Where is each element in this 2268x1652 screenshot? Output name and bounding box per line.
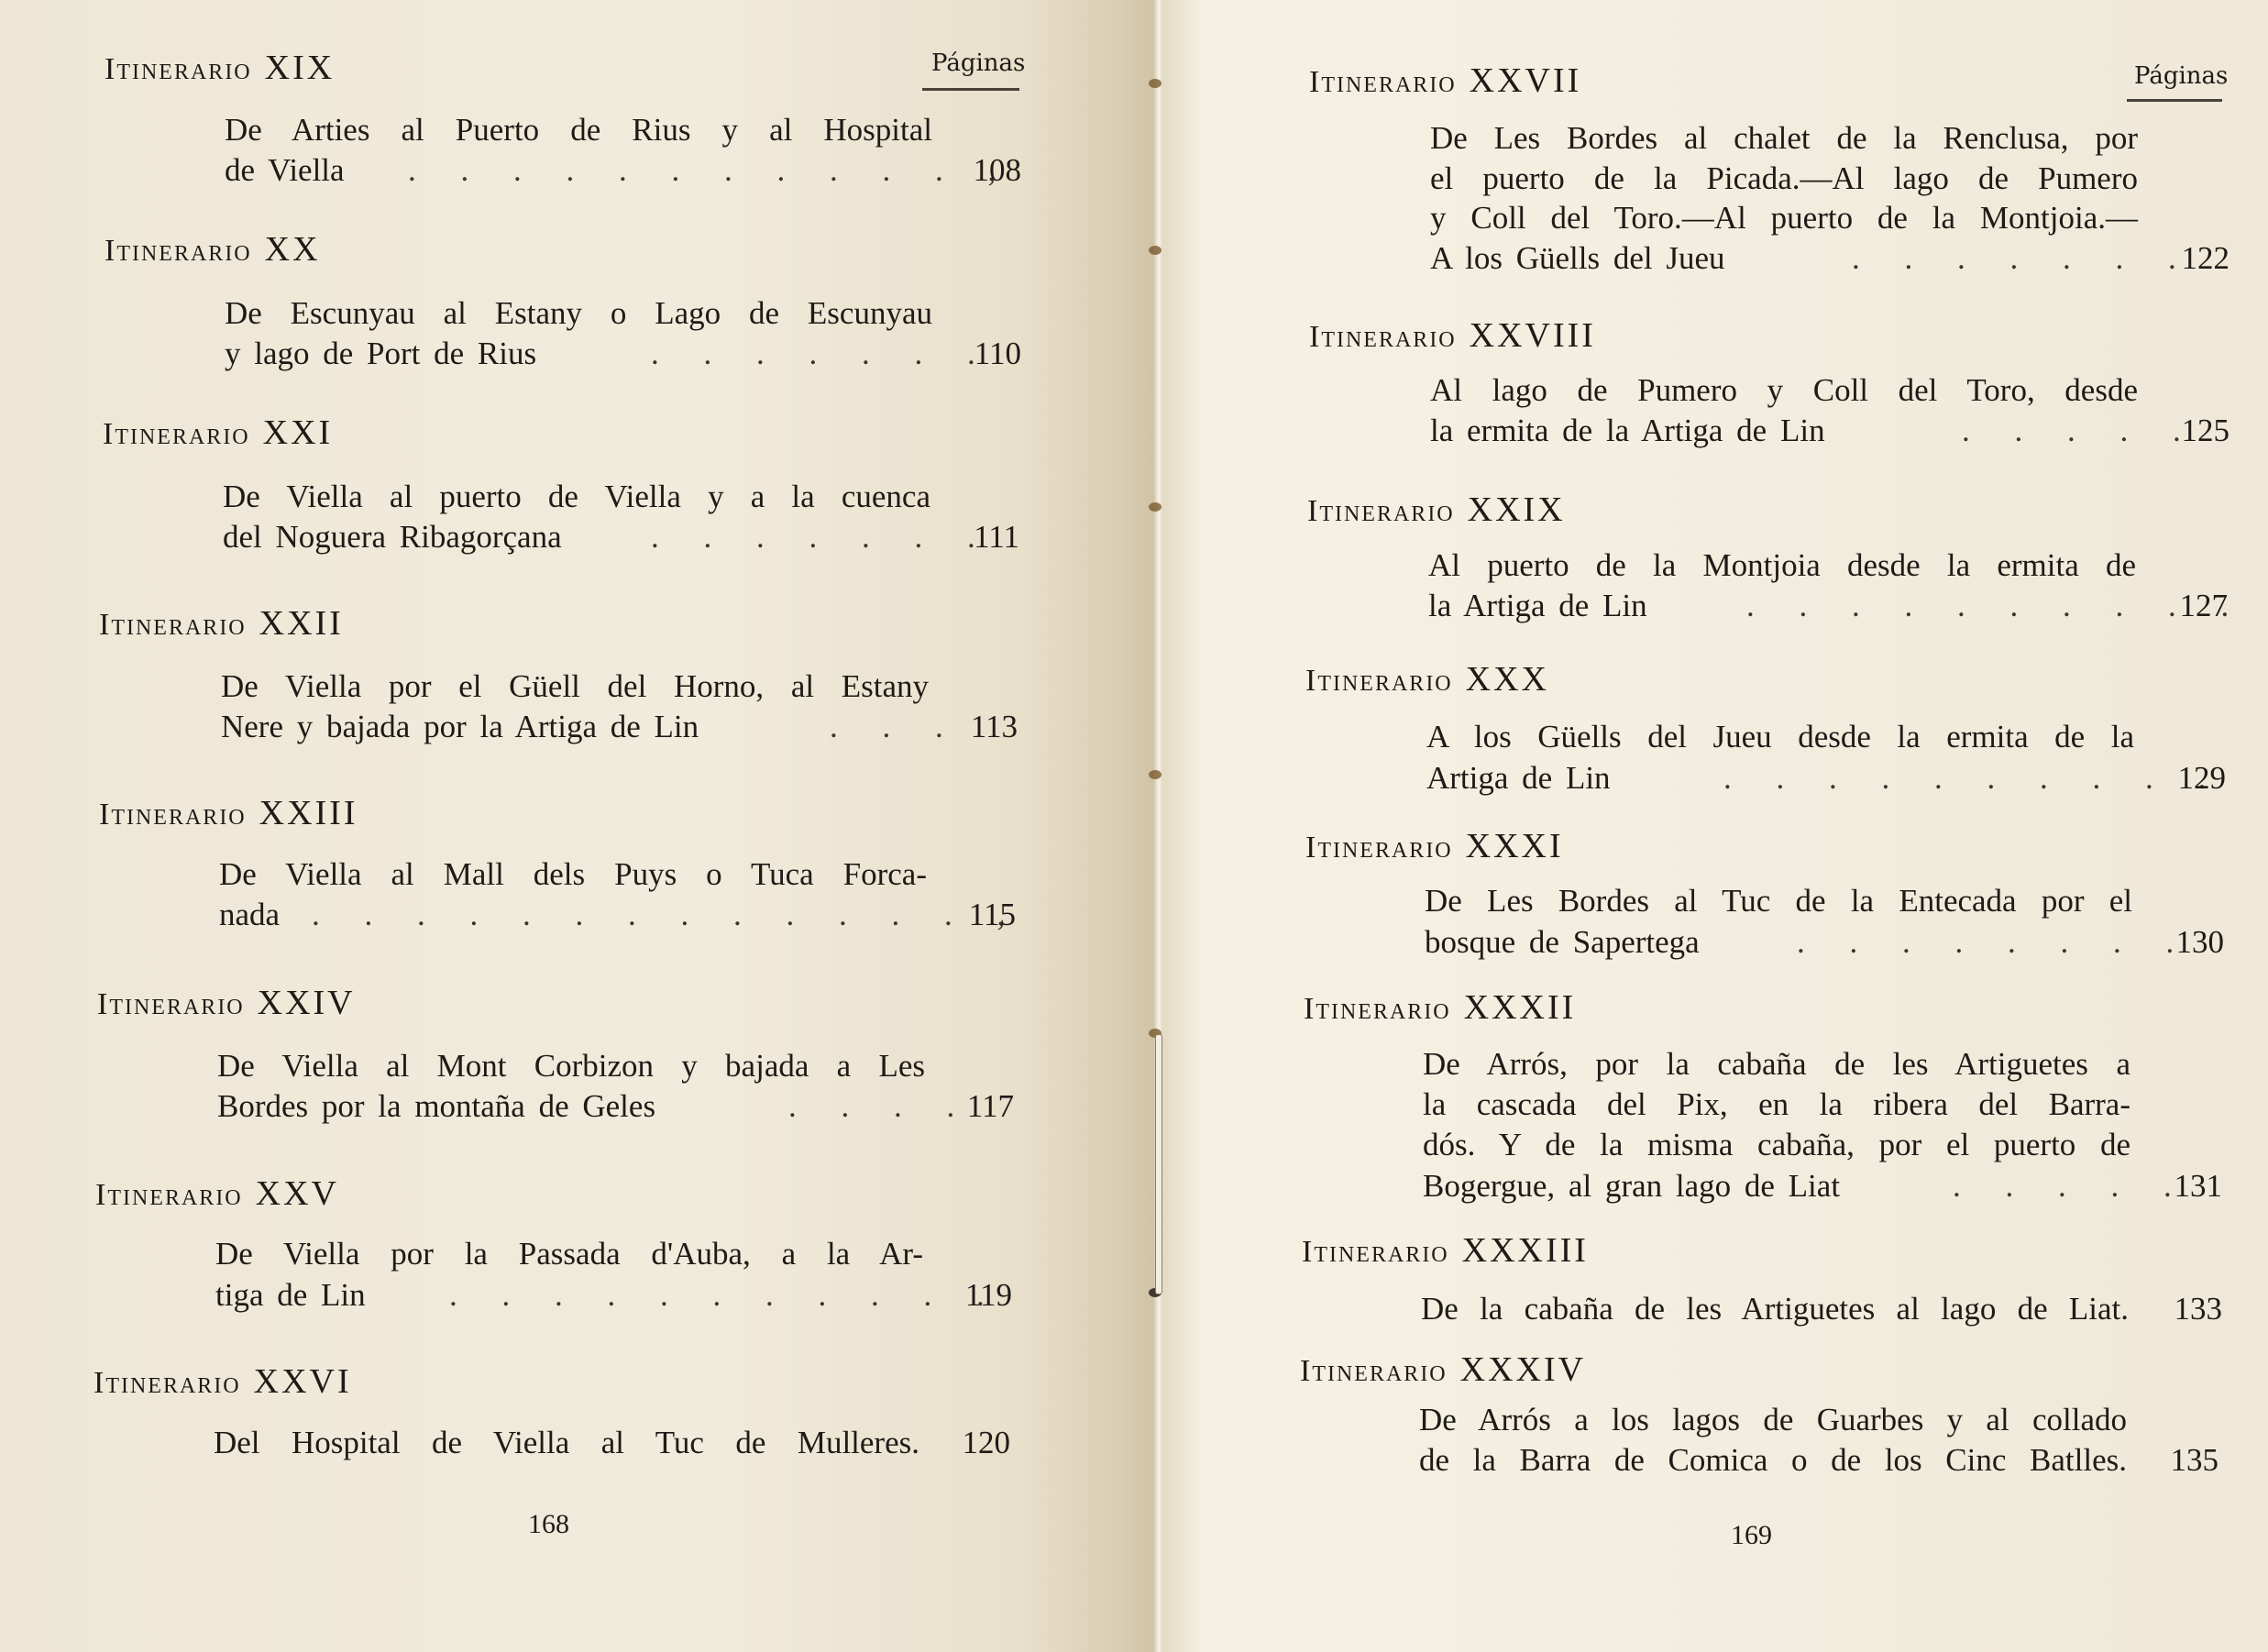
binding-stitch-hole <box>1149 770 1162 779</box>
entry-line: De Arrós a los lagos de Guarbes y al col… <box>1419 1402 2127 1438</box>
entry-line: De Viella por el Güell del Horno, al Est… <box>221 668 929 705</box>
entry-line: de Viella <box>225 152 345 189</box>
entry-line: Al puerto de la Montjoia desde la ermita… <box>1428 547 2136 584</box>
entry-line: y lago de Port de Rius <box>225 336 536 372</box>
entry-line: A los Güells del Jueu <box>1430 240 1724 277</box>
dot-leader: . . . . . . . <box>1852 240 2195 277</box>
itinerary-heading: ItinerarioXXVIII <box>1309 315 1596 356</box>
entry-line: De Escunyau al Estany o Lago de Escunyau <box>225 295 932 332</box>
page-number-link[interactable]: 111 <box>946 519 1019 556</box>
entry-line: Artiga de Lin <box>1426 760 1611 797</box>
entry-line: nada <box>219 897 280 933</box>
itinerary-heading: ItinerarioXXXIV <box>1300 1349 1586 1390</box>
page-number-link[interactable]: 115 <box>942 897 1016 933</box>
binding-stitch-hole <box>1149 246 1162 255</box>
dot-leader: . . . . . . . . <box>1797 924 2192 961</box>
entry-line: la ermita de la Artiga de Lin <box>1430 413 1825 449</box>
itinerary-heading: ItinerarioXIX <box>105 48 335 88</box>
itinerary-heading: ItinerarioXXII <box>99 603 344 644</box>
itinerary-heading: ItinerarioXXXI <box>1305 826 1564 866</box>
dot-leader: . . . . . . . . . . . <box>449 1277 1003 1314</box>
page-number-link[interactable]: 125 <box>2156 413 2229 449</box>
entry-line: De Arties al Puerto de Rius y al Hospita… <box>225 112 932 149</box>
page-number-link[interactable]: 119 <box>939 1277 1012 1314</box>
entry-line: Del Hospital de Viella al Tuc de Mullere… <box>214 1425 919 1461</box>
entry-line: Al lago de Pumero y Coll del Toro, desde <box>1430 372 2138 409</box>
entry-line: bosque de Sapertega <box>1425 924 1700 961</box>
itinerary-heading: ItinerarioXXIV <box>97 983 356 1023</box>
pages-column-label: Páginas <box>2134 62 2228 90</box>
entry-line: la cascada del Pix, en la ribera del Bar… <box>1423 1086 2130 1123</box>
page-number-link[interactable]: 110 <box>948 336 1021 372</box>
page-number-link[interactable]: 131 <box>2149 1168 2222 1205</box>
entry-line: del Noguera Ribagorçana <box>223 519 562 556</box>
entry-line: Bordes por la montaña de Geles <box>217 1088 655 1125</box>
dot-leader: . . . <box>830 709 962 745</box>
entry-line: De Les Bordes al Tuc de la Entecada por … <box>1425 883 2132 920</box>
entry-line: de la Barra de Comica o de los Cinc Batl… <box>1419 1442 2127 1479</box>
page-number-link[interactable]: 113 <box>944 709 1018 745</box>
column-label-rule <box>922 88 1019 91</box>
folio-page-number: 169 <box>1731 1520 1772 1551</box>
itinerary-heading: ItinerarioXXXIII <box>1302 1230 1589 1271</box>
page-number-link[interactable]: 130 <box>2151 924 2224 961</box>
page-number-link[interactable]: 120 <box>937 1425 1010 1461</box>
dot-leader: . . . . . . . <box>651 336 994 372</box>
binding-thread <box>1155 1034 1162 1294</box>
page-number-link[interactable]: 133 <box>2149 1291 2222 1327</box>
itinerary-heading: ItinerarioXXVII <box>1309 61 1581 101</box>
entry-line: De Les Bordes al chalet de la Renclusa, … <box>1430 120 2138 157</box>
entry-line: el puerto de la Picada.—Al lago de Pumer… <box>1430 160 2138 197</box>
dot-leader: . . . . . . . <box>651 519 994 556</box>
itinerary-heading: ItinerarioXXV <box>95 1173 339 1214</box>
column-label-rule <box>2127 99 2222 102</box>
page-number-link[interactable]: 108 <box>948 152 1021 189</box>
entry-line: tiga de Lin <box>215 1277 366 1314</box>
entry-line: De Viella al Mall dels Puys o Tuca Forca… <box>219 856 927 893</box>
entry-line: De Viella al puerto de Viella y a la cue… <box>223 479 930 515</box>
itinerary-heading: ItinerarioXXVI <box>94 1361 352 1402</box>
entry-line: De la cabaña de les Artiguetes al lago d… <box>1421 1291 2129 1327</box>
entry-line: De Viella al Mont Corbizon y bajada a Le… <box>217 1048 925 1085</box>
binding-stitch-hole <box>1149 502 1162 512</box>
dot-leader: . . . . . . . . . . <box>1723 760 2224 797</box>
dot-leader: . . . . . . . . . . . . . , <box>312 897 1023 933</box>
page-number-link[interactable]: 117 <box>941 1088 1014 1125</box>
entry-line: De Viella por la Passada d'Auba, a la Ar… <box>215 1236 923 1272</box>
itinerary-heading: ItinerarioXXI <box>103 413 333 453</box>
itinerary-heading: ItinerarioXXIII <box>99 793 358 833</box>
entry-line: A los Güells del Jueu desde la ermita de… <box>1426 719 2134 755</box>
entry-line: Nere y bajada por la Artiga de Lin <box>221 709 699 745</box>
itinerary-heading: ItinerarioXX <box>105 229 321 270</box>
entry-line: la Artiga de Lin <box>1428 588 1647 624</box>
entry-line: Bogergue, al gran lago de Liat <box>1423 1168 1840 1205</box>
page-number-link[interactable]: 129 <box>2152 760 2226 797</box>
entry-line: dós. Y de la misma cabaña, por el puerto… <box>1423 1127 2130 1163</box>
folio-page-number: 168 <box>528 1509 569 1540</box>
entry-line: y Coll del Toro.—Al puerto de la Montjoi… <box>1430 200 2138 237</box>
itinerary-heading: ItinerarioXXX <box>1305 659 1549 699</box>
dot-leader: . . . . . . . . . . . , <box>408 152 1014 189</box>
page-number-link[interactable]: 122 <box>2156 240 2229 277</box>
pages-column-label: Páginas <box>931 50 1025 77</box>
itinerary-heading: ItinerarioXXIX <box>1307 490 1566 530</box>
page-number-link[interactable]: 135 <box>2145 1442 2218 1479</box>
itinerary-heading: ItinerarioXXXII <box>1304 987 1576 1028</box>
book-spread: Páginas ItinerarioXIX De Arties al Puert… <box>0 0 2268 1652</box>
entry-line: De Arrós, por la cabaña de les Artiguete… <box>1423 1046 2130 1083</box>
page-number-link[interactable]: 127 <box>2154 588 2228 624</box>
binding-stitch-hole <box>1149 79 1162 88</box>
